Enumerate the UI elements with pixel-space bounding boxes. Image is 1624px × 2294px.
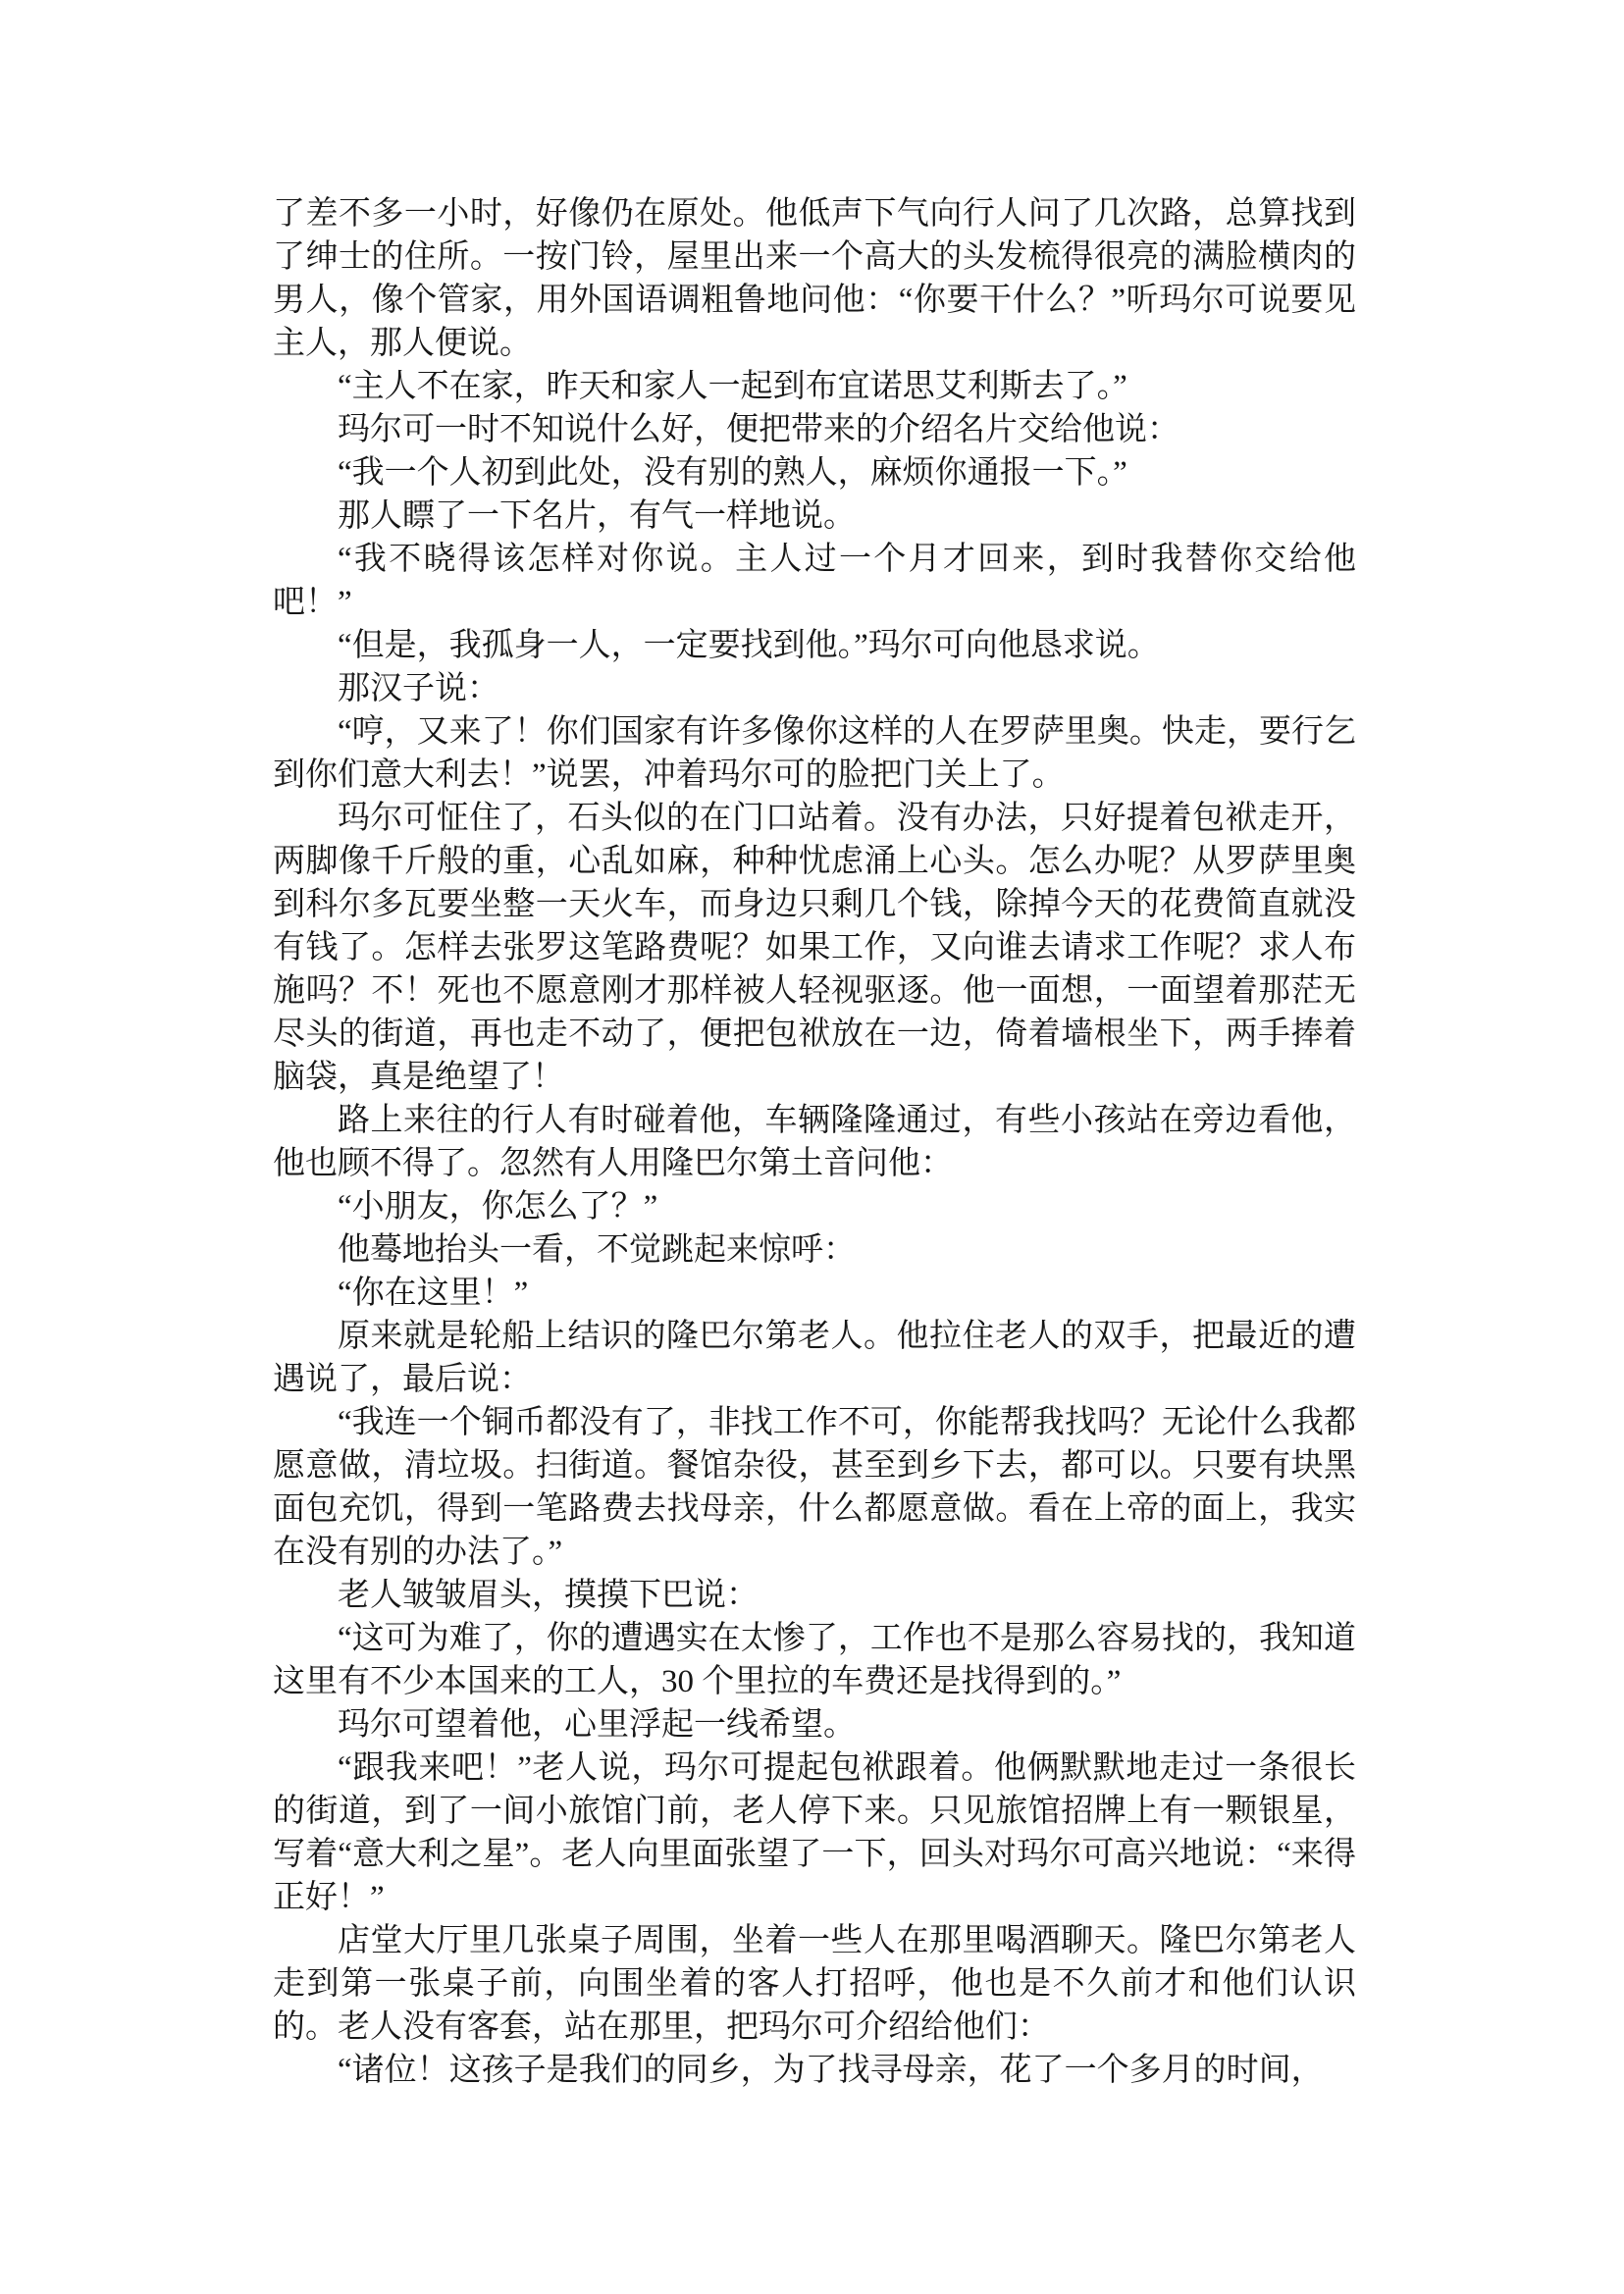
paragraph: “我不晓得该怎样对你说。主人过一个月才回来，到时我替你交给他吧！” [273,538,1356,624]
paragraph: 店堂大厅里几张桌子周围，坐着一些人在那里喝酒聊天。隆巴尔第老人走到第一张桌子前，… [273,1919,1356,2049]
paragraph: “我连一个铜币都没有了，非找工作不可，你能帮我找吗？无论什么我都愿意做，清垃圾。… [273,1401,1356,1574]
paragraph: 原来就是轮船上结识的隆巴尔第老人。他拉住老人的双手，把最近的遭遇说了，最后说： [273,1315,1356,1401]
paragraph: 玛尔可望着他，心里浮起一线希望。 [273,1703,1356,1747]
paragraph: “主人不在家，昨天和家人一起到布宜诺思艾利斯去了。” [273,365,1356,408]
text-block: 了差不多一小时，好像仍在原处。他低声下气向行人问了几次路，总算找到了绅士的住所。… [273,192,1356,2092]
paragraph: “诸位！这孩子是我们的同乡，为了找寻母亲，花了一个多月的时间， [273,2049,1356,2092]
paragraph: “你在这里！” [273,1272,1356,1315]
paragraph: “但是，我孤身一人，一定要找到他。”玛尔可向他恳求说。 [273,624,1356,667]
paragraph: 了差不多一小时，好像仍在原处。他低声下气向行人问了几次路，总算找到了绅士的住所。… [273,192,1356,365]
paragraph: 那人瞟了一下名片，有气一样地说。 [273,495,1356,538]
paragraph: 老人皱皱眉头，摸摸下巴说： [273,1574,1356,1617]
paragraph: 玛尔可一时不知说什么好，便把带来的介绍名片交给他说： [273,408,1356,451]
paragraph: “哼，又来了！你们国家有许多像你这样的人在罗萨里奥。快走，要行乞到你们意大利去！… [273,710,1356,797]
paragraph: “我一个人初到此处，没有别的熟人，麻烦你通报一下。” [273,451,1356,495]
paragraph: 他蓦地抬头一看，不觉跳起来惊呼： [273,1228,1356,1272]
paragraph: “跟我来吧！”老人说，玛尔可提起包袱跟着。他俩默默地走过一条很长的街道，到了一间… [273,1747,1356,1919]
paragraph: 玛尔可怔住了，石头似的在门口站着。没有办法，只好提着包袱走开，两脚像千斤般的重，… [273,797,1356,1099]
paragraph: “小朋友，你怎么了？” [273,1185,1356,1228]
paragraph: “这可为难了，你的遭遇实在太惨了，工作也不是那么容易找的，我知道这里有不少本国来… [273,1617,1356,1703]
paragraph: 路上来往的行人有时碰着他，车辆隆隆通过，有些小孩站在旁边看他，他也顾不得了。忽然… [273,1099,1356,1185]
document-page: 了差不多一小时，好像仍在原处。他低声下气向行人问了几次路，总算找到了绅士的住所。… [0,0,1624,2294]
paragraph: 那汉子说： [273,667,1356,710]
